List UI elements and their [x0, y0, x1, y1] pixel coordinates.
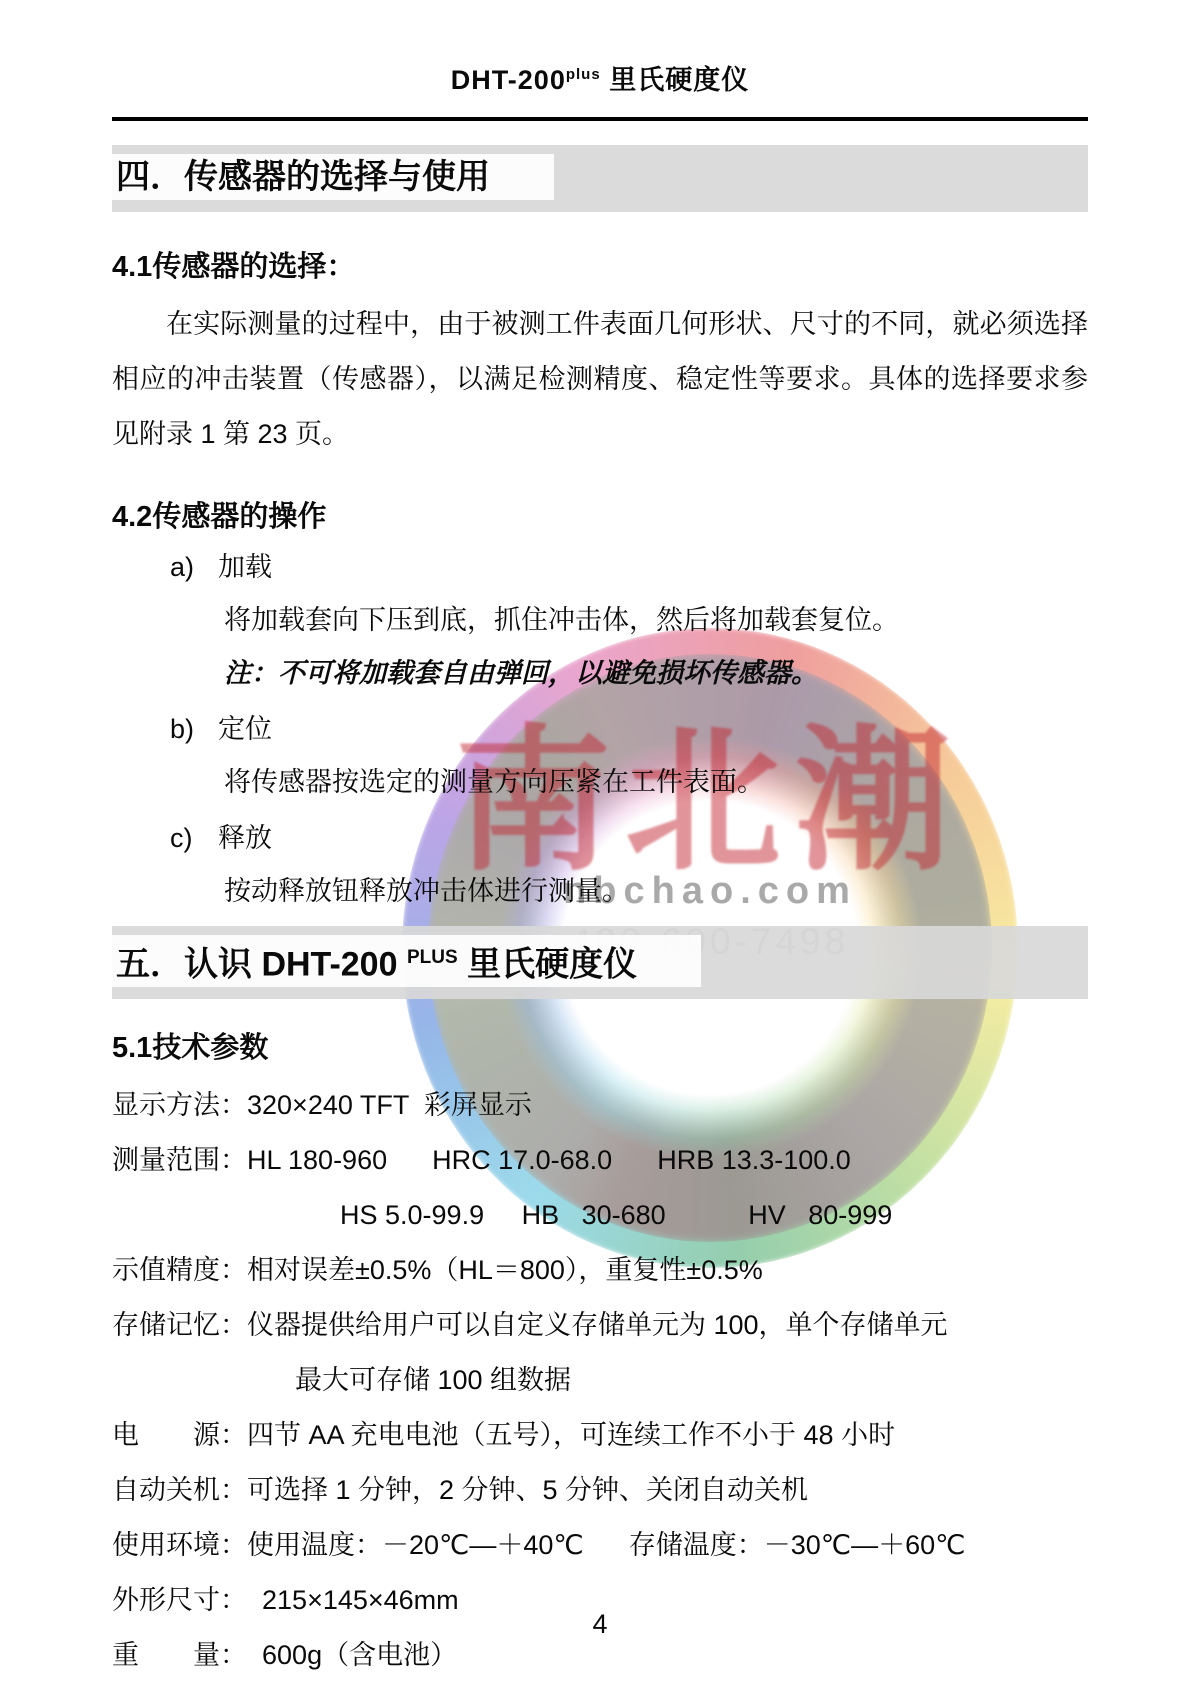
spec-label: 自动关机：	[112, 1463, 247, 1518]
section5-heading-superscript: PLUS	[407, 947, 458, 968]
section5-heading: 五．认识 DHT-200 PLUS 里氏硬度仪	[112, 935, 701, 987]
spec-row-precision: 示值精度： 相对误差±0.5%（HL＝800），重复性±0.5%	[112, 1243, 1088, 1298]
page-number: 4	[0, 1609, 1200, 1640]
step-b-title: 定位	[218, 706, 272, 752]
section5-1-title: 5.1技术参数	[112, 1031, 1088, 1065]
step-a-note: 注：不可将加载套自由弹回，以避免损坏传感器。	[112, 650, 1088, 696]
header-model: DHT-200	[451, 65, 566, 95]
spec-row-memory: 存储记忆： 仪器提供给用户可以自定义存储单元为 100，单个存储单元	[112, 1298, 1088, 1353]
spec-row-range-continued: HS 5.0-99.9 HB 30-680 HV 80-999	[112, 1188, 1088, 1243]
header-product-name: 里氏硬度仪	[601, 65, 750, 95]
manual-page: 南北潮 nbchao.com 400-600-7498 DHT-200plus …	[0, 0, 1200, 1702]
step-a-marker: a)	[170, 544, 218, 590]
step-a: a) 加载	[112, 544, 1088, 590]
header-model-superscript: plus	[566, 66, 601, 83]
running-header: DHT-200plus 里氏硬度仪	[112, 58, 1088, 97]
spec-value: 相对误差±0.5%（HL＝800），重复性±0.5%	[247, 1243, 763, 1298]
page-content: DHT-200plus 里氏硬度仪 四．传感器的选择与使用 4.1传感器的选择：…	[0, 0, 1200, 1702]
spec-label: 测量范围：	[112, 1133, 247, 1188]
step-b-marker: b)	[170, 706, 218, 752]
section4-heading-band: 四．传感器的选择与使用	[112, 145, 1088, 212]
header-rule	[112, 117, 1088, 121]
technical-specs: 显示方法： 320×240 TFT 彩屏显示 测量范围： HL 180-960 …	[112, 1078, 1088, 1683]
section5-heading-band: 五．认识 DHT-200 PLUS 里氏硬度仪	[112, 926, 1088, 999]
spec-label: 使用环境：	[112, 1518, 247, 1573]
spec-value: 仪器提供给用户可以自定义存储单元为 100，单个存储单元	[247, 1298, 948, 1353]
step-c-marker: c)	[170, 815, 218, 861]
step-c-title: 释放	[218, 815, 272, 861]
spec-row-range: 测量范围： HL 180-960 HRC 17.0-68.0 HRB 13.3-…	[112, 1133, 1088, 1188]
section5-heading-post: 里氏硬度仪	[458, 945, 637, 983]
spec-value: 320×240 TFT 彩屏显示	[247, 1078, 532, 1133]
spec-label: 存储记忆：	[112, 1298, 247, 1353]
section4-heading-text: 四．传感器的选择与使用	[116, 158, 490, 196]
spec-value: 四节 AA 充电电池（五号），可连续工作不小于 48 小时	[247, 1408, 895, 1463]
spec-value: 使用温度：－20℃—＋40℃ 存储温度：－30℃—＋60℃	[247, 1518, 965, 1573]
step-b: b) 定位	[112, 706, 1088, 752]
spec-row-memory-continued: 最大可存储 100 组数据	[112, 1353, 1088, 1408]
section5-heading-pre: 五．认识 DHT-200	[116, 945, 407, 983]
section4-1-paragraph: 在实际测量的过程中，由于被测工件表面几何形状、尺寸的不同，就必须选择相应的冲击装…	[112, 297, 1088, 462]
sensor-operation-steps: a) 加载 将加载套向下压到底，抓住冲击体，然后将加载套复位。 注：不可将加载套…	[112, 544, 1088, 914]
spec-row-power: 电 源： 四节 AA 充电电池（五号），可连续工作不小于 48 小时	[112, 1408, 1088, 1463]
section4-1-title: 4.1传感器的选择：	[112, 250, 1088, 284]
step-c: c) 释放	[112, 815, 1088, 861]
step-a-description: 将加载套向下压到底，抓住冲击体，然后将加载套复位。	[112, 597, 1088, 643]
section4-heading: 四．传感器的选择与使用	[112, 154, 554, 200]
spec-value: 可选择 1 分钟，2 分钟、5 分钟、关闭自动关机	[247, 1463, 808, 1518]
spec-row-environment: 使用环境： 使用温度：－20℃—＋40℃ 存储温度：－30℃—＋60℃	[112, 1518, 1088, 1573]
spec-row-auto-off: 自动关机： 可选择 1 分钟，2 分钟、5 分钟、关闭自动关机	[112, 1463, 1088, 1518]
spec-row-display: 显示方法： 320×240 TFT 彩屏显示	[112, 1078, 1088, 1133]
spec-label: 显示方法：	[112, 1078, 247, 1133]
spec-label: 电 源：	[112, 1408, 247, 1463]
spec-label: 示值精度：	[112, 1243, 247, 1298]
section4-2-title: 4.2传感器的操作	[112, 500, 1088, 534]
step-c-description: 按动释放钮释放冲击体进行测量。	[112, 868, 1088, 914]
step-a-title: 加载	[218, 544, 272, 590]
spec-value: HL 180-960 HRC 17.0-68.0 HRB 13.3-100.0	[247, 1133, 851, 1188]
step-b-description: 将传感器按选定的测量方向压紧在工件表面。	[112, 759, 1088, 805]
